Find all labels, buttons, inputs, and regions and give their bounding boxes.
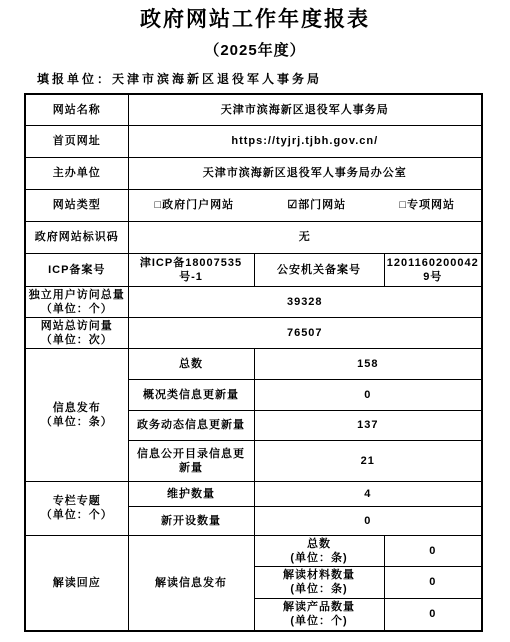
- icp-label: ICP备案号: [25, 253, 128, 286]
- site-identifier-label: 政府网站标识码: [25, 221, 128, 253]
- interpretation-products-label: 解读产品数量(单位：个): [254, 598, 384, 631]
- info-publish-total-value: 158: [254, 348, 482, 379]
- reporting-unit-line: 填报单位：天津市滨海新区退役军人事务局: [37, 72, 510, 87]
- option-department-site: ☑部门网站: [287, 198, 346, 212]
- row-unique-visitors: 独立用户访问总量（单位：个） 39328: [25, 286, 482, 317]
- home-url-label: 首页网址: [25, 125, 128, 157]
- police-record-label: 公安机关备案号: [254, 253, 384, 286]
- unique-visitors-label-line1: 独立用户访问总量: [28, 288, 126, 302]
- site-type-options: □政府门户网站 ☑部门网站 □专项网站: [128, 189, 482, 221]
- checkbox-unchecked-icon: □: [399, 199, 406, 211]
- option-government-portal-label: 政府门户网站: [162, 199, 234, 211]
- annual-report-table: 网站名称 天津市滨海新区退役军人事务局 首页网址 https://tyjrj.t…: [24, 93, 483, 632]
- option-government-portal: □政府门户网站: [155, 198, 235, 212]
- info-publish-directory-label-text: 信息公开目录信息更新量: [136, 447, 246, 475]
- report-year: （2025年度）: [0, 43, 510, 59]
- unique-visitors-value: 39328: [128, 286, 482, 317]
- site-name-value: 天津市滨海新区退役军人事务局: [128, 94, 482, 125]
- info-publish-directory-label: 信息公开目录信息更新量: [128, 440, 254, 481]
- unique-visitors-label-line2: （单位：个）: [28, 302, 126, 316]
- site-identifier-value: 无: [128, 221, 482, 253]
- interpretation-materials-value: 0: [384, 566, 482, 598]
- home-url-value: https://tyjrj.tjbh.gov.cn/: [128, 125, 482, 157]
- info-publish-overview-value: 0: [254, 379, 482, 410]
- row-home-url: 首页网址 https://tyjrj.tjbh.gov.cn/: [25, 125, 482, 157]
- total-visits-value: 76507: [128, 317, 482, 348]
- row-site-identifier: 政府网站标识码 无: [25, 221, 482, 253]
- row-organizer: 主办单位 天津市滨海新区退役军人事务局办公室: [25, 157, 482, 189]
- interpretation-products-label-line2: (单位：个): [257, 614, 382, 628]
- row-site-name: 网站名称 天津市滨海新区退役军人事务局: [25, 94, 482, 125]
- info-publish-dynamic-value: 137: [254, 410, 482, 440]
- info-publish-group-line2: （单位：条）: [28, 415, 126, 429]
- info-publish-total-label: 总数: [128, 348, 254, 379]
- checkbox-checked-icon: ☑: [287, 199, 297, 211]
- info-publish-group-line1: 信息发布: [28, 401, 126, 415]
- interpretation-total-label-line2: (单位：条): [257, 551, 382, 565]
- interpretation-total-label: 总数(单位：条): [254, 535, 384, 566]
- unique-visitors-label: 独立用户访问总量（单位：个）: [25, 286, 128, 317]
- site-type-label: 网站类型: [25, 189, 128, 221]
- interpretation-materials-label: 解读材料数量(单位：条): [254, 566, 384, 598]
- special-topics-group-line1: 专栏专题: [28, 494, 126, 508]
- special-topics-new-value: 0: [254, 506, 482, 535]
- info-publish-directory-value: 21: [254, 440, 482, 481]
- interpretation-materials-label-line2: (单位：条): [257, 582, 382, 596]
- site-type-option-list: □政府门户网站 ☑部门网站 □专项网站: [155, 198, 456, 212]
- total-visits-label: 网站总访问量（单位：次）: [25, 317, 128, 348]
- option-special-site: □专项网站: [399, 198, 455, 212]
- row-site-type: 网站类型 □政府门户网站 ☑部门网站 □专项网站: [25, 189, 482, 221]
- reporting-unit-value: 天津市滨海新区退役军人事务局: [112, 72, 322, 86]
- interpretation-products-label-line1: 解读产品数量: [257, 600, 382, 614]
- total-visits-label-line2: （单位：次）: [28, 333, 126, 347]
- row-info-publish-total: 信息发布（单位：条） 总数 158: [25, 348, 482, 379]
- interpretation-products-value: 0: [384, 598, 482, 631]
- site-name-label: 网站名称: [25, 94, 128, 125]
- interpretation-total-label-line1: 总数: [257, 537, 382, 551]
- reporting-unit-label: 填报单位：: [37, 72, 112, 86]
- info-publish-overview-label: 概况类信息更新量: [128, 379, 254, 410]
- row-interpretation-total: 解读回应 解读信息发布 总数(单位：条) 0: [25, 535, 482, 566]
- special-topics-group-label: 专栏专题（单位：个）: [25, 481, 128, 535]
- police-record-value: 12011602000429号: [384, 253, 482, 286]
- special-topics-maintained-label: 维护数量: [128, 481, 254, 506]
- interpretation-subgroup-label: 解读信息发布: [128, 535, 254, 631]
- interpretation-total-value: 0: [384, 535, 482, 566]
- option-department-site-label: 部门网站: [298, 199, 346, 211]
- info-publish-dynamic-label: 政务动态信息更新量: [128, 410, 254, 440]
- total-visits-label-line1: 网站总访问量: [28, 319, 126, 333]
- organizer-value: 天津市滨海新区退役军人事务局办公室: [128, 157, 482, 189]
- organizer-label: 主办单位: [25, 157, 128, 189]
- info-publish-group-label: 信息发布（单位：条）: [25, 348, 128, 481]
- checkbox-unchecked-icon: □: [155, 199, 162, 211]
- report-page: 政府网站工作年度报表 （2025年度） 填报单位：天津市滨海新区退役军人事务局 …: [0, 8, 510, 632]
- icp-value: 津ICP备18007535号-1: [128, 253, 254, 286]
- row-total-visits: 网站总访问量（单位：次） 76507: [25, 317, 482, 348]
- special-topics-new-label: 新开设数量: [128, 506, 254, 535]
- page-title: 政府网站工作年度报表: [0, 8, 510, 31]
- interpretation-materials-label-line1: 解读材料数量: [257, 568, 382, 582]
- special-topics-group-line2: （单位：个）: [28, 508, 126, 522]
- row-icp: ICP备案号 津ICP备18007535号-1 公安机关备案号 12011602…: [25, 253, 482, 286]
- row-special-topics-maintained: 专栏专题（单位：个） 维护数量 4: [25, 481, 482, 506]
- interpretation-group-label: 解读回应: [25, 535, 128, 631]
- option-special-site-label: 专项网站: [407, 199, 455, 211]
- special-topics-maintained-value: 4: [254, 481, 482, 506]
